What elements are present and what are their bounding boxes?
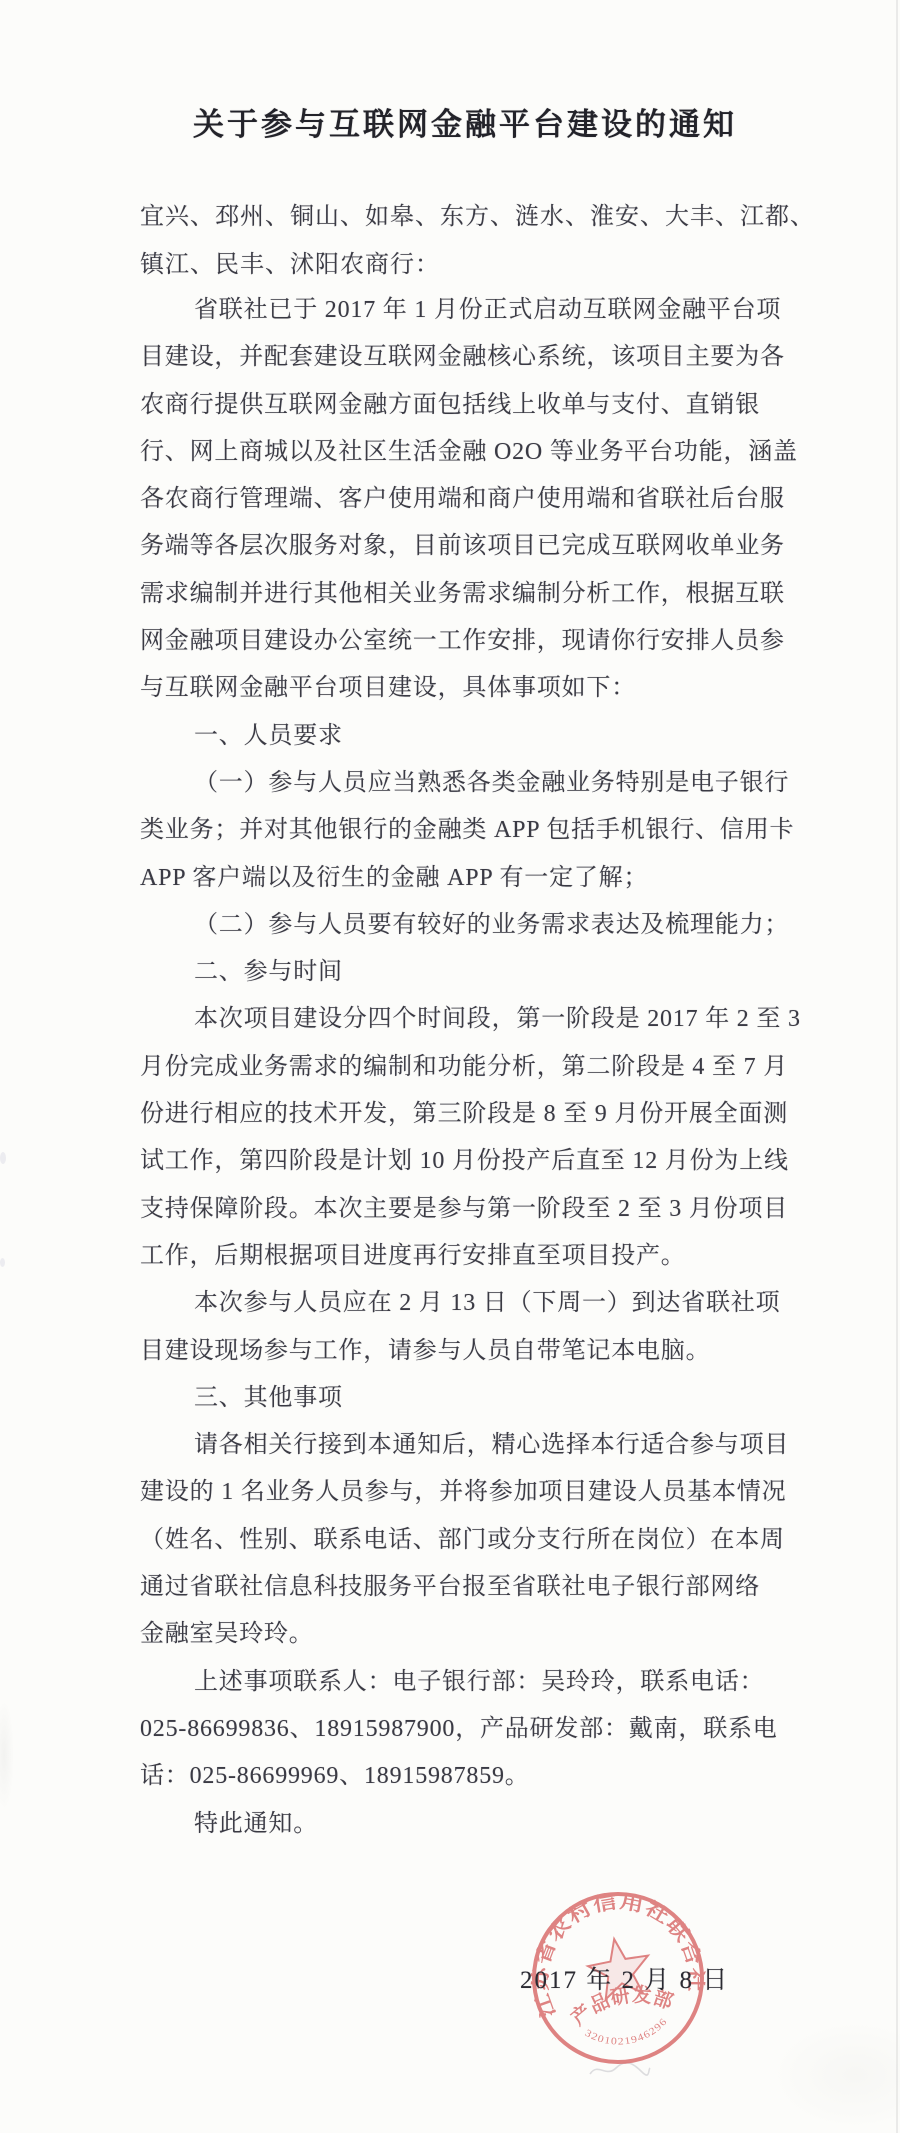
recipient-line: 宜兴、邳州、铜山、如皋、东方、涟水、淮安、大丰、江都、 <box>140 193 810 241</box>
body-line: 本次参与人员应在 2 月 13 日（下周一）到达省联社项 <box>140 1280 810 1327</box>
body-line: 需求编制并进行其他相关业务需求编制分析工作，根据互联 <box>140 571 810 618</box>
body-line: 金融室吴玲玲。 <box>140 1611 810 1658</box>
body-line: 一、人员要求 <box>140 713 810 760</box>
body-line: 行、网上商城以及社区生活金融 O2O 等业务平台功能，涵盖 <box>140 429 810 476</box>
body-line: 请各相关行接到本通知后，精心选择本行适合参与项目 <box>140 1422 810 1469</box>
body-line: 建设的 1 名业务人员参与，并将参加项目建设人员基本情况 <box>140 1469 810 1516</box>
body-line: （二）参与人员要有较好的业务需求表达及梳理能力； <box>140 902 810 949</box>
body-line: 支持保障阶段。本次主要是参与第一阶段至 2 至 3 月份项目 <box>140 1186 810 1233</box>
issue-date: 2017 年 2 月 8 日 <box>520 1960 729 1996</box>
body-line: 省联社已于 2017 年 1 月份正式启动互联网金融平台项 <box>140 287 810 334</box>
paper-smudge <box>770 2020 900 2130</box>
body-line: 话：025-86699969、18915987859。 <box>140 1753 810 1800</box>
body-line: 务端等各层次服务对象，目前该项目已完成互联网收单业务 <box>140 523 810 570</box>
body-line: 与互联网金融平台项目建设，具体事项如下： <box>140 665 810 712</box>
body-line: 025-86699836、18915987900，产品研发部：戴南，联系电 <box>140 1706 810 1753</box>
paper-speck <box>0 1152 6 1164</box>
paper-speck <box>0 1258 5 1267</box>
body-line: 目建设，并配套建设互联网金融核心系统，该项目主要为各 <box>140 334 810 381</box>
body-line: 网金融项目建设办公室统一工作安排，现请你行安排人员参 <box>140 618 810 665</box>
recipient-line: 镇江、民丰、沭阳农商行： <box>140 241 810 289</box>
body-line: （一）参与人员应当熟悉各类金融业务特别是电子银行 <box>140 760 810 807</box>
body-line: 特此通知。 <box>140 1801 810 1848</box>
scan-edge-line <box>896 0 898 2133</box>
seal-serial-number: 3201021946296 <box>581 2014 672 2055</box>
body-line: 上述事项联系人：电子银行部：吴玲玲，联系电话： <box>140 1659 810 1706</box>
body-line: 工作，后期根据项目进度再行安排直至项目投产。 <box>140 1233 810 1280</box>
body-line: 类业务；并对其他银行的金融类 APP 包括手机银行、信用卡 <box>140 807 810 854</box>
body-line: 目建设现场参与工作，请参与人员自带笔记本电脑。 <box>140 1328 810 1375</box>
body-line: 通过省联社信息科技服务平台报至省联社电子银行部网络 <box>140 1564 810 1611</box>
scanned-notice-page: 关于参与互联网金融平台建设的通知 宜兴、邳州、铜山、如皋、东方、涟水、淮安、大丰… <box>0 0 900 2133</box>
body-line: （姓名、性别、联系电话、部门或分支行所在岗位）在本周 <box>140 1517 810 1564</box>
body-line: 本次项目建设分四个时间段，第一阶段是 2017 年 2 至 3 <box>140 996 810 1043</box>
body-line: APP 客户端以及衍生的金融 APP 有一定了解； <box>140 855 810 902</box>
recipient-banks: 宜兴、邳州、铜山、如皋、东方、涟水、淮安、大丰、江都、镇江、民丰、沭阳农商行： <box>140 193 810 289</box>
body-line: 农商行提供互联网金融方面包括线上收单与支付、直销银 <box>140 382 810 429</box>
body-line: 月份完成业务需求的编制和功能分析，第二阶段是 4 至 7 月 <box>140 1044 810 1091</box>
document-body: 省联社已于 2017 年 1 月份正式启动互联网金融平台项目建设，并配套建设互联… <box>140 287 810 1848</box>
body-line: 二、参与时间 <box>140 949 810 996</box>
paper-smudge <box>0 1700 14 1810</box>
document-title: 关于参与互联网金融平台建设的通知 <box>140 99 790 144</box>
body-line: 份进行相应的技术开发，第三阶段是 8 至 9 月份开展全面测 <box>140 1091 810 1138</box>
body-line: 三、其他事项 <box>140 1375 810 1422</box>
body-line: 试工作，第四阶段是计划 10 月份投产后直至 12 月份为上线 <box>140 1138 810 1185</box>
body-line: 各农商行管理端、客户使用端和商户使用端和省联社后台服 <box>140 476 810 523</box>
